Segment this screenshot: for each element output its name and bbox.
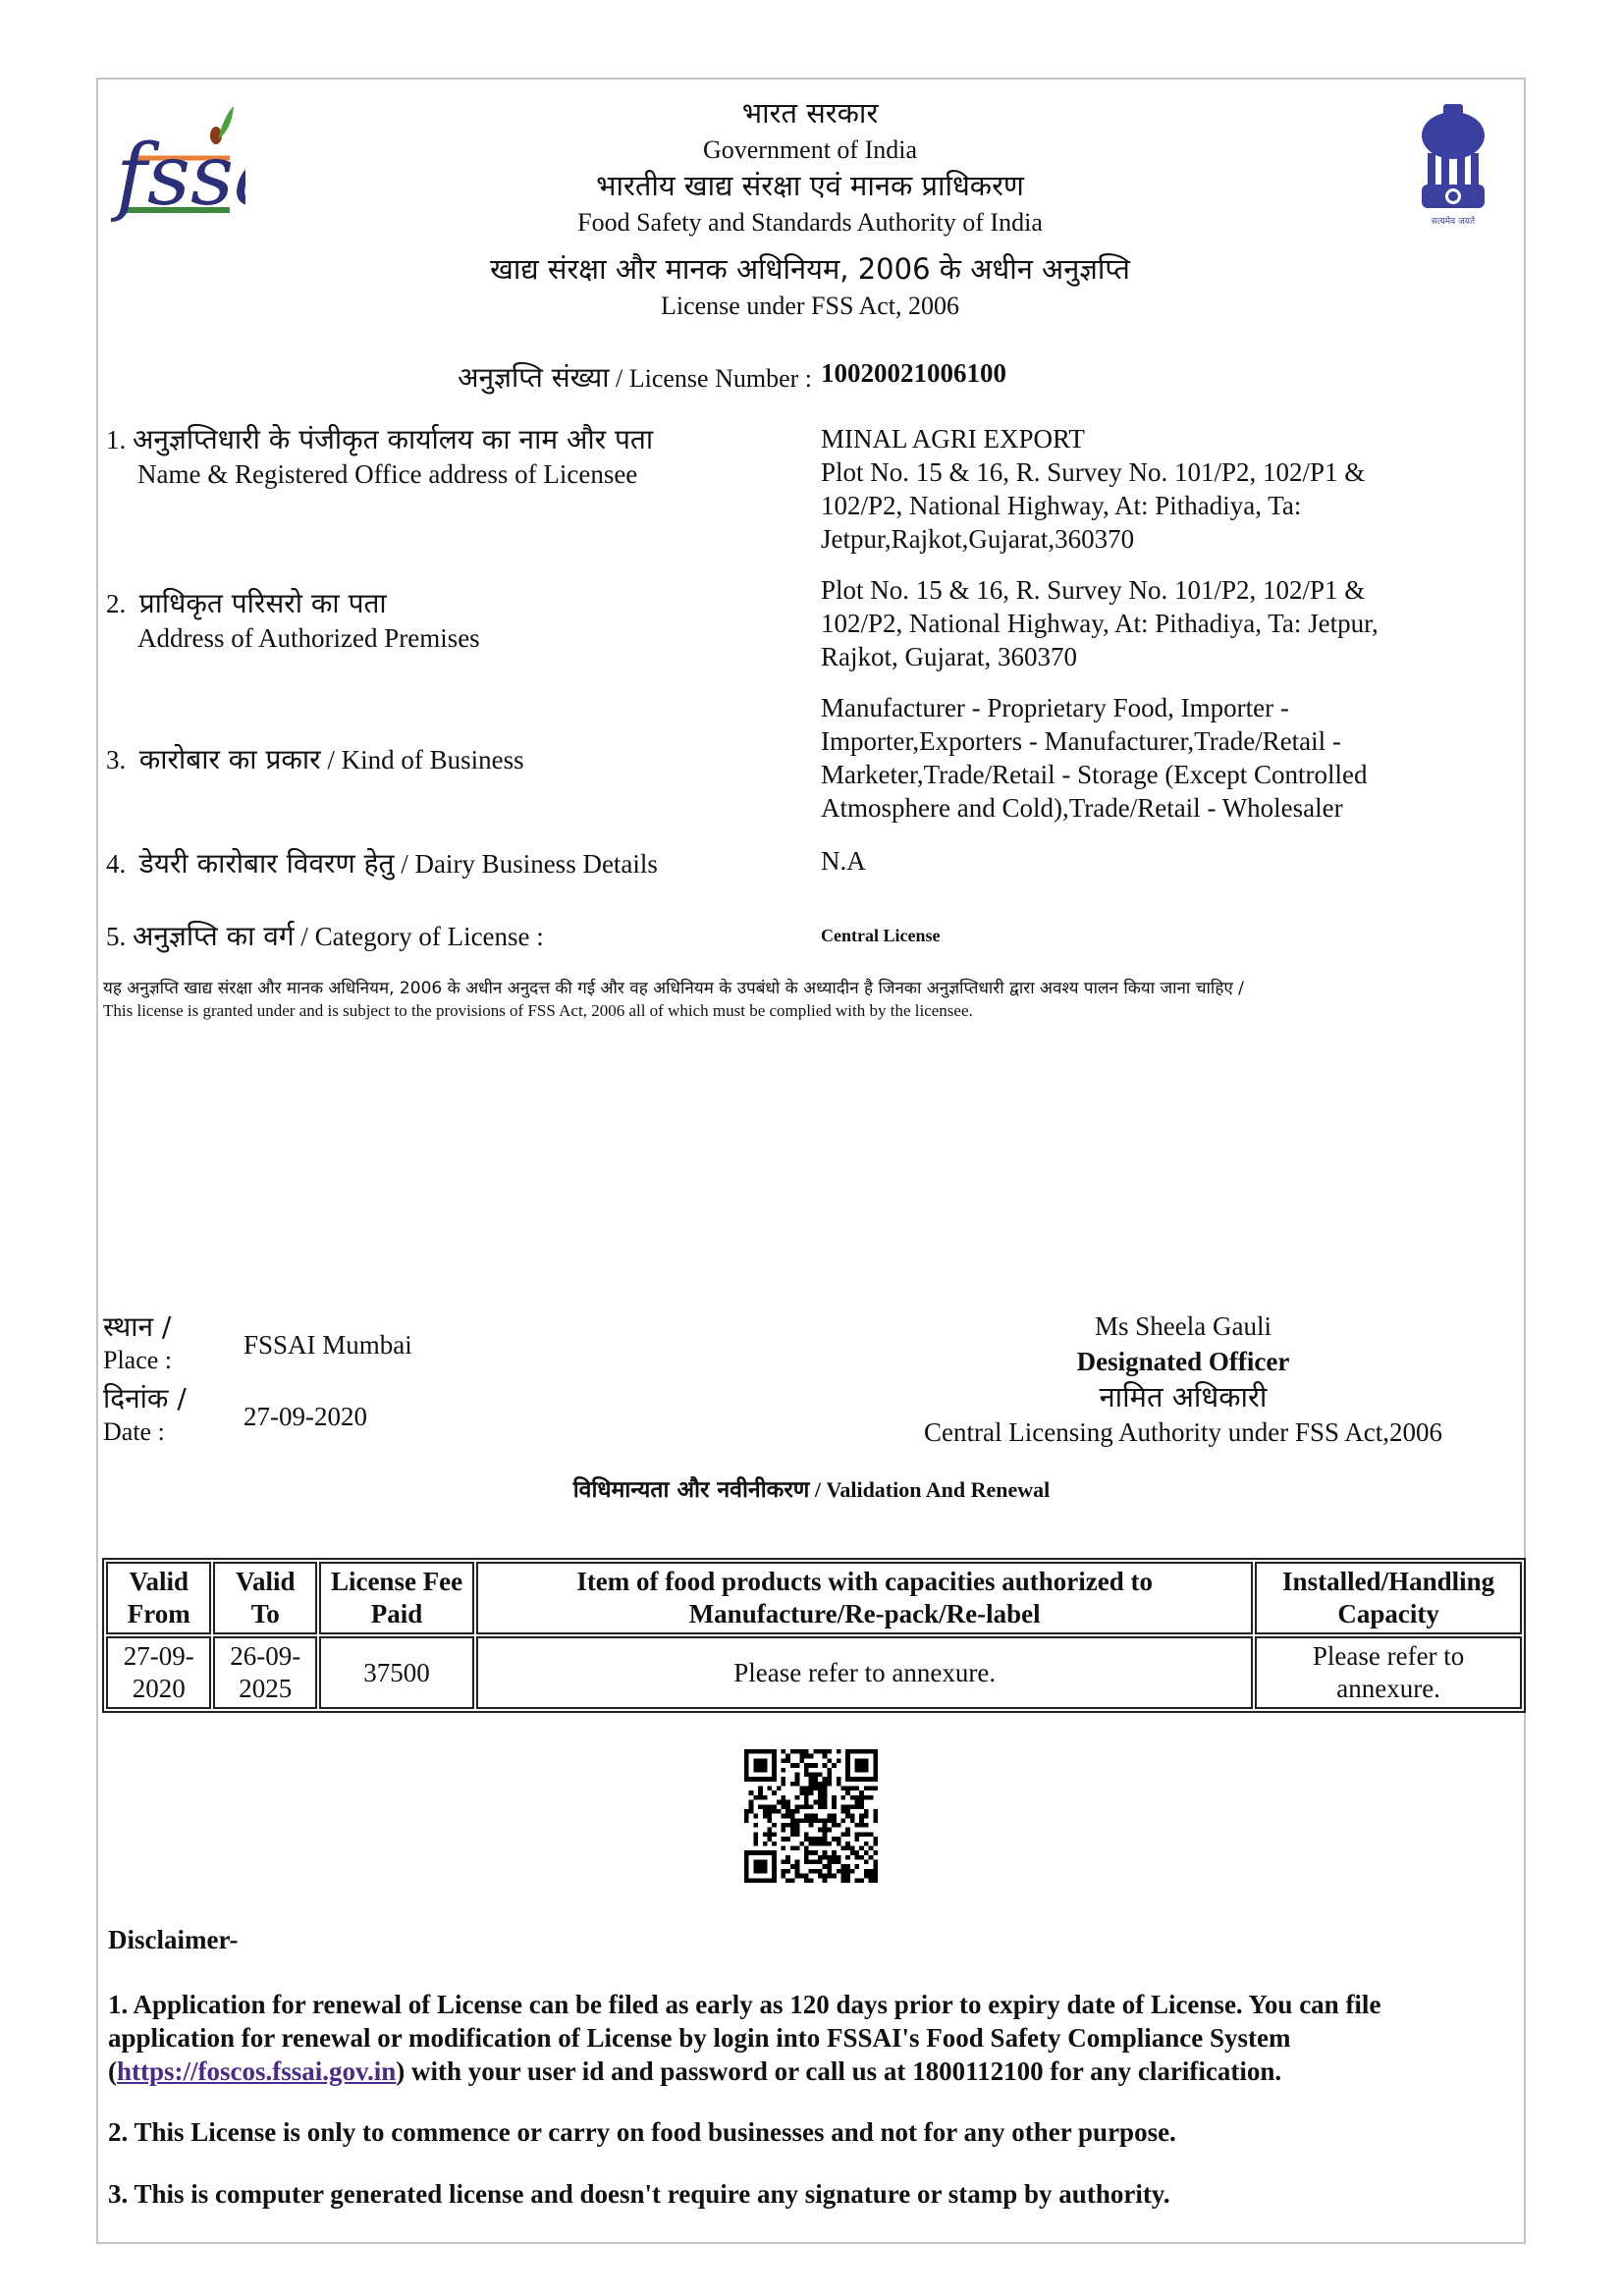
field-business-kind-value: Manufacturer - Proprietary Food, Importe… — [821, 691, 1508, 825]
header-gov-english: Government of India — [393, 134, 1227, 166]
license-number-value: 10020021006100 — [821, 358, 1006, 389]
col-license-fee: License FeePaid — [319, 1562, 474, 1634]
certificate-border — [96, 78, 1526, 2244]
svg-text:fssai: fssai — [110, 127, 245, 225]
svg-text:सत्यमेव जयते: सत्यमेव जयते — [1432, 215, 1476, 227]
disclaimer-item-3: 3. This is computer generated license an… — [108, 2177, 1512, 2211]
field-dairy-label: 4. डेयरी कारोबार विवरण हेतु / Dairy Busi… — [106, 846, 793, 881]
officer-title-hindi: नामित अधिकारी — [864, 1379, 1502, 1415]
header-gov-hindi: भारत सरकार — [393, 95, 1227, 131]
foscos-link[interactable]: https://foscos.fssai.gov.in — [117, 2056, 396, 2086]
cell-valid-from: 27-09-2020 — [106, 1636, 211, 1709]
officer-name: Ms Sheela Gauli — [864, 1308, 1502, 1344]
col-valid-to: ValidTo — [213, 1562, 316, 1634]
col-valid-from: ValidFrom — [106, 1562, 211, 1634]
field-licensee-value: MINAL AGRI EXPORT Plot No. 15 & 16, R. S… — [821, 422, 1508, 556]
validation-heading: विधिमान्यता और नवीनीकरण / Validation And… — [0, 1472, 1623, 1504]
date-label: दिनांक / Date : — [103, 1382, 187, 1449]
cell-valid-to: 26-09-2025 — [213, 1636, 316, 1709]
validation-table: ValidFrom ValidTo License FeePaid Item o… — [102, 1558, 1526, 1713]
place-value: FSSAI Mumbai — [243, 1330, 412, 1361]
terms-note: यह अनुज्ञप्ति खाद्य संरक्षा और मानक अधिन… — [103, 977, 1537, 1022]
designated-officer-block: Ms Sheela Gauli Designated Officer नामित… — [864, 1308, 1502, 1450]
field-premises-label: 2. प्राधिकृत परिसरो का पता Address of Au… — [106, 586, 793, 655]
header-authority-hindi: भारतीय खाद्य संरक्षा एवं मानक प्राधिकरण — [393, 168, 1227, 203]
disclaimer-item-2: 2. This License is only to commence or c… — [108, 2115, 1512, 2149]
header-act-hindi: खाद्य संरक्षा और मानक अधिनियम, 2006 के अ… — [393, 251, 1227, 287]
date-value: 27-09-2020 — [243, 1402, 367, 1432]
terms-note-hindi: यह अनुज्ञप्ति खाद्य संरक्षा और मानक अधिन… — [103, 977, 1537, 1000]
header-authority-english: Food Safety and Standards Authority of I… — [393, 207, 1227, 239]
field-category-value: Central License — [821, 919, 1508, 952]
place-label: स्थान / Place : — [103, 1310, 172, 1377]
cell-items: Please refer to annexure. — [476, 1636, 1253, 1709]
terms-note-english: This license is granted under and is sub… — [103, 1000, 1537, 1022]
header-act-english: License under FSS Act, 2006 — [393, 291, 1227, 322]
table-row: 27-09-2020 26-09-2025 37500 Please refer… — [106, 1636, 1522, 1709]
field-category-label: 5. अनुज्ञप्ति का वर्ग / Category of Lice… — [106, 919, 793, 954]
cell-capacity: Please refer toannexure. — [1255, 1636, 1522, 1709]
disclaimer-title: Disclaimer- — [108, 1923, 1512, 1956]
national-emblem-icon: सत्यमेव जयते — [1414, 98, 1492, 231]
officer-authority: Central Licensing Authority under FSS Ac… — [864, 1415, 1502, 1450]
cell-fee: 37500 — [319, 1636, 474, 1709]
field-premises-value: Plot No. 15 & 16, R. Survey No. 101/P2, … — [821, 573, 1508, 673]
fssai-logo: fssai — [108, 96, 245, 243]
field-business-kind-label: 3. कारोबार का प्रकार / Kind of Business — [106, 742, 793, 777]
field-dairy-value: N.A — [821, 844, 1508, 878]
col-capacity: Installed/HandlingCapacity — [1255, 1562, 1522, 1634]
qr-code-icon — [744, 1749, 878, 1883]
licensee-name: MINAL AGRI EXPORT — [821, 422, 1508, 455]
table-header-row: ValidFrom ValidTo License FeePaid Item o… — [106, 1562, 1522, 1634]
field-licensee-label: 1. अनुज्ञप्तिधारी के पंजीकृत कार्यालय का… — [106, 422, 793, 491]
col-food-items: Item of food products with capacities au… — [476, 1562, 1253, 1634]
disclaimer-item-1: 1. Application for renewal of License ca… — [108, 1988, 1512, 2088]
officer-title: Designated Officer — [864, 1344, 1502, 1379]
license-number-label: अनुज्ञप्ति संख्या / License Number : — [458, 358, 812, 396]
